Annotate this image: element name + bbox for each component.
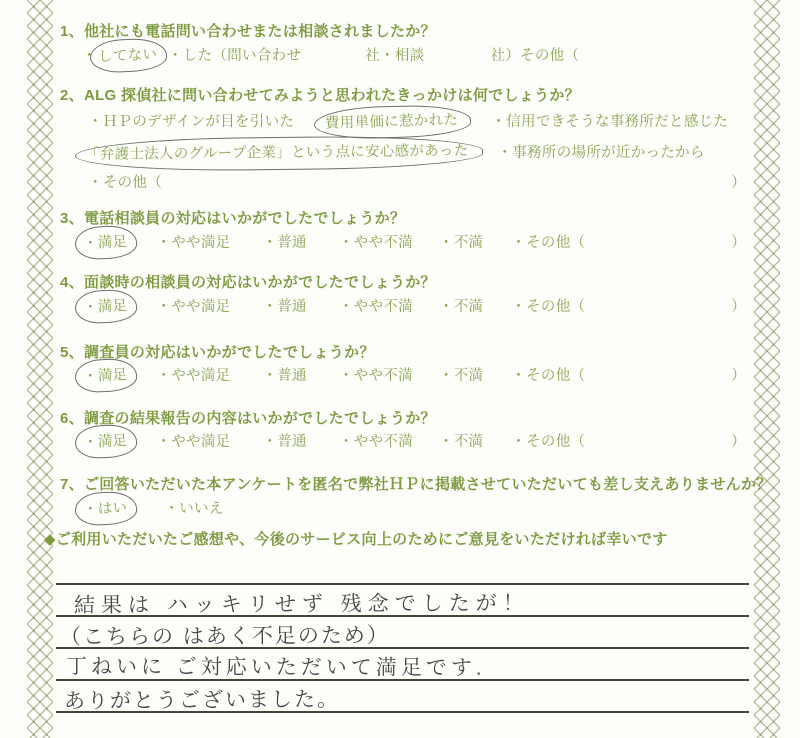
- option-yaya-manzoku: ・やや満足: [156, 231, 230, 252]
- close-paren: ）: [731, 171, 746, 192]
- option-yaya-manzoku: ・やや満足: [156, 430, 230, 451]
- option-fuman: ・不満: [439, 295, 483, 316]
- option-basho-chikai: ・ 事務所の場所が近かったから: [498, 141, 705, 162]
- option-fuman: ・不満: [439, 430, 483, 451]
- question-5-options: ・満足 ・やや満足 ・普通 ・やや不満 ・不満 ・その他（ ）: [82, 364, 746, 385]
- question-7-options: ・はい ・いいえ: [82, 497, 746, 518]
- option-hiyou-tanka: 費用単価に惹かれた: [324, 110, 459, 131]
- question-1-heading: 1、他社にも電話問い合わせまたは相談されましたか？: [60, 20, 436, 41]
- pencil-circle-q4-manzoku: ・満足: [74, 289, 138, 325]
- comment-rule-line: [56, 583, 749, 585]
- feedback-prompt: ◆ご利用いただいたご感想や、今後のサービス向上のためにご意見をいただければ幸いで…: [44, 528, 668, 549]
- question-2-options-row2: 「弁護士法人のグループ企業」という点に安心感があった ・ 事務所の場所が近かった…: [84, 141, 746, 162]
- question-6-options: ・満足 ・やや満足 ・普通 ・やや不満 ・不満 ・その他（ ）: [82, 430, 746, 451]
- option-futsuu: ・普通: [262, 364, 306, 385]
- pencil-circle-q6-manzoku: ・満足: [74, 424, 138, 460]
- option-sha-soudan: 社・相談: [365, 44, 424, 65]
- option-hp-design: ・ ＨＰのデザインが目を引いた: [88, 110, 294, 131]
- question-4-heading: 4、面談時の相談員の対応はいかがでしたでしょうか？: [60, 271, 436, 292]
- close-paren: ）: [731, 430, 746, 451]
- handwritten-comment-line-1: 結果は ハッキリせず 残念でしたが！: [74, 587, 530, 619]
- option-yaya-manzoku: ・やや満足: [156, 295, 230, 316]
- option-sonota: ・ その他（: [88, 171, 162, 192]
- option-futsuu: ・普通: [262, 231, 306, 252]
- option-shita: ・ した（問い合わせ: [168, 44, 301, 65]
- option-yaya-manzoku: ・やや満足: [156, 364, 230, 385]
- option-sha-sonota: 社）その他（: [490, 44, 579, 65]
- pencil-circle-q5-manzoku: ・満足: [74, 358, 138, 394]
- question-7-heading: 7、ご回答いただいた本アンケートを匿名で弊社ＨＰに掲載させていただいても差し支え…: [60, 473, 772, 494]
- option-bengoshi-group: 「弁護士法人のグループ企業」という点に安心感があった: [84, 141, 470, 162]
- question-3-options: ・満足 ・やや満足 ・普通 ・やや不満 ・不満 ・その他（ ）: [82, 231, 746, 252]
- close-paren: ）: [731, 295, 746, 316]
- option-fuman: ・不満: [439, 364, 483, 385]
- option-fuman: ・不満: [439, 231, 483, 252]
- option-sonota: ・その他（: [511, 295, 585, 316]
- option-q6-manzoku: ・満足: [82, 430, 128, 451]
- close-paren: ）: [731, 231, 746, 252]
- cross-stitch-border-right: [754, 0, 780, 738]
- handwritten-comment-line-2: （こちらの はあく不足のため）: [60, 619, 390, 651]
- option-sonota: ・その他（: [511, 231, 585, 252]
- option-iie: ・いいえ: [164, 497, 223, 518]
- pencil-circle-bengoshi-group: 「弁護士法人のグループ企業」という点に安心感があった: [75, 135, 483, 172]
- option-shinyou: ・ 信用できそうな事務所だと感じた: [491, 110, 728, 131]
- option-futsuu: ・普通: [262, 295, 306, 316]
- pencil-circle-hiyou-tanka: 費用単価に惹かれた: [314, 104, 472, 140]
- question-4-options: ・満足 ・やや満足 ・普通 ・やや不満 ・不満 ・その他（ ）: [82, 295, 746, 316]
- pencil-circle-q3-manzoku: ・満足: [74, 225, 138, 261]
- option-sonota: ・その他（: [511, 364, 585, 385]
- option-sonota: ・その他（: [511, 430, 585, 451]
- question-1-options: ・ してない ・ した（問い合わせ 社・相談 社）その他（: [82, 44, 746, 65]
- option-hai: ・はい: [82, 497, 128, 518]
- pencil-circle-shitenai: してない: [89, 37, 168, 73]
- option-yaya-fuman: ・やや不満: [339, 364, 413, 385]
- option-yaya-fuman: ・やや不満: [339, 430, 413, 451]
- question-2-heading: 2、ALG 探偵社に問い合わせてみようと思われたきっかけは何でしょうか？: [60, 84, 580, 105]
- pencil-circle-hai: ・はい: [74, 491, 138, 527]
- option-q5-manzoku: ・満足: [82, 364, 128, 385]
- option-futsuu: ・普通: [262, 430, 306, 451]
- cross-stitch-border-left: [27, 0, 53, 738]
- handwritten-comment-line-4: ありがとうございました。: [64, 683, 340, 715]
- question-2-options-row1: ・ ＨＰのデザインが目を引いた 費用単価に惹かれた ・ 信用できそうな事務所だと…: [88, 110, 746, 131]
- handwritten-comment-line-3: 丁ねいに ご対応いただいて満足です.: [66, 650, 486, 681]
- option-yaya-fuman: ・やや不満: [339, 231, 413, 252]
- close-paren: ）: [731, 364, 746, 385]
- question-2-options-row3: ・ その他（ ）: [88, 171, 746, 192]
- scanned-survey-document: 1、他社にも電話問い合わせまたは相談されましたか？ ・ してない ・ した（問い…: [0, 0, 800, 738]
- option-q4-manzoku: ・満足: [82, 295, 128, 316]
- option-shitenai: ・ してない: [82, 44, 158, 65]
- option-q3-manzoku: ・満足: [82, 231, 128, 252]
- option-yaya-fuman: ・やや不満: [339, 295, 413, 316]
